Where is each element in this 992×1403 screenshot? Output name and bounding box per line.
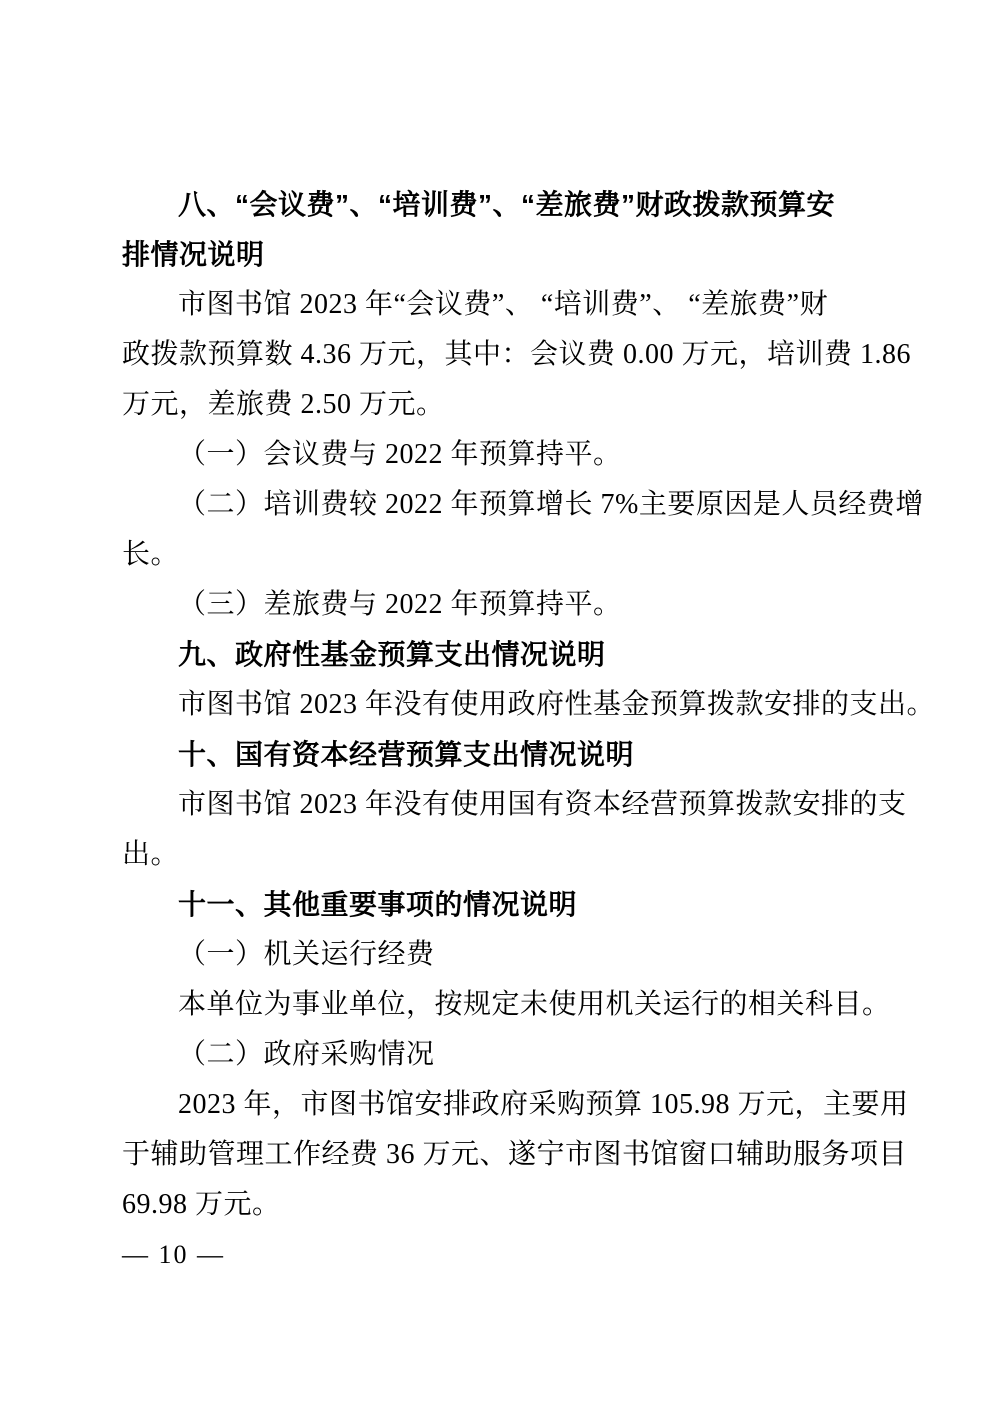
paragraph-line: 于辅助管理工作经费 36 万元、遂宁市图书馆窗口辅助服务项目 bbox=[122, 1130, 882, 1180]
paragraph-line: 市图书馆 2023 年没有使用国有资本经营预算拨款安排的支 bbox=[122, 780, 882, 830]
heading-line: 八、“会议费”、“培训费”、“差旅费”财政拨款预算安 bbox=[122, 180, 882, 230]
document-page: 八、“会议费”、“培训费”、“差旅费”财政拨款预算安排情况说明市图书馆 2023… bbox=[0, 0, 992, 1403]
paragraph-line: 市图书馆 2023 年“会议费”、 “培训费”、 “差旅费”财 bbox=[122, 280, 882, 330]
heading-line: 十、国有资本经营预算支出情况说明 bbox=[122, 730, 882, 780]
paragraph-line: 2023 年，市图书馆安排政府采购预算 105.98 万元，主要用 bbox=[122, 1080, 882, 1130]
paragraph-line: 69.98 万元。 bbox=[122, 1180, 882, 1230]
heading-line: 十一、其他重要事项的情况说明 bbox=[122, 880, 882, 930]
page-number: — 10 — bbox=[122, 1230, 225, 1280]
paragraph-line: 出。 bbox=[122, 830, 882, 880]
paragraph-line: 万元，差旅费 2.50 万元。 bbox=[122, 380, 882, 430]
heading-line: 排情况说明 bbox=[122, 230, 882, 280]
paragraph-line: 政拨款预算数 4.36 万元，其中：会议费 0.00 万元，培训费 1.86 bbox=[122, 330, 882, 380]
paragraph-line: （三）差旅费与 2022 年预算持平。 bbox=[122, 580, 882, 630]
heading-line: 九、政府性基金预算支出情况说明 bbox=[122, 630, 882, 680]
paragraph-line: （一）机关运行经费 bbox=[122, 930, 882, 980]
document-body: 八、“会议费”、“培训费”、“差旅费”财政拨款预算安排情况说明市图书馆 2023… bbox=[122, 180, 882, 1230]
paragraph-line: （二）政府采购情况 bbox=[122, 1030, 882, 1080]
paragraph-line: （一）会议费与 2022 年预算持平。 bbox=[122, 430, 882, 480]
paragraph-line: 本单位为事业单位，按规定未使用机关运行的相关科目。 bbox=[122, 980, 882, 1030]
paragraph-line: 市图书馆 2023 年没有使用政府性基金预算拨款安排的支出。 bbox=[122, 680, 882, 730]
paragraph-line: 长。 bbox=[122, 530, 882, 580]
paragraph-line: （二）培训费较 2022 年预算增长 7%主要原因是人员经费增 bbox=[122, 480, 882, 530]
